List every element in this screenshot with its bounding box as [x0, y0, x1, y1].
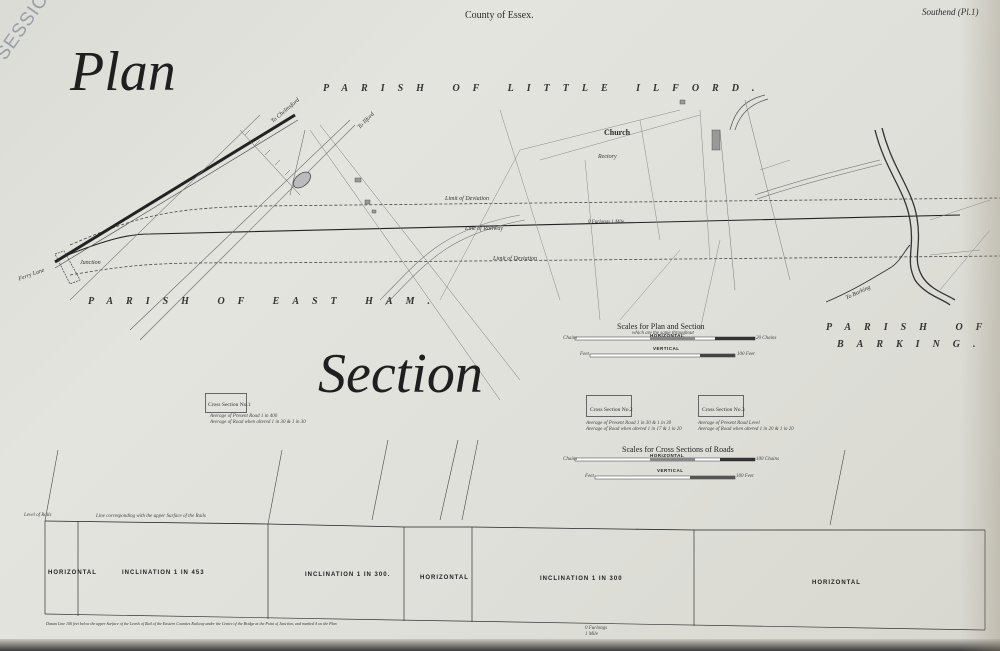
- county-title: County of Essex.: [465, 10, 534, 21]
- parish-east-ham-label: PARISH OF EAST HAM.: [88, 296, 443, 307]
- cross-section-3-label: Cross Section No.3: [702, 407, 745, 413]
- roads-scale-vertical-label: VERTICAL: [657, 468, 684, 473]
- church-label: Church: [604, 128, 630, 137]
- plan-scale-v-right: 100 Feet: [737, 352, 755, 357]
- parish-barking-label-2: BARKING.: [837, 339, 989, 350]
- parish-little-ilford-label: PARISH OF LITTLE ILFORD.: [323, 83, 767, 94]
- parish-barking-label-1: PARISH OF: [826, 322, 995, 333]
- plan-scale-v-left: Feet: [580, 352, 589, 357]
- gradient-4-label: HORIZONTAL: [420, 575, 469, 581]
- roads-scale-h-left: Chains: [563, 457, 577, 462]
- cross-section-1-note2: Average of Road when altered 1 in 30 & 1…: [210, 420, 306, 425]
- gradient-2-label: INCLINATION 1 IN 453: [122, 570, 205, 576]
- cross-section-2-label: Cross Section No.2: [590, 407, 633, 413]
- cross-section-3-note1: Average of Present Road Level: [698, 421, 760, 426]
- distance-marker-label: 0 Furlongs 1 Mile: [588, 220, 624, 225]
- sheet-reference: Southend (Pl.1): [922, 7, 979, 17]
- cross-section-1-label: Cross Section No.1: [208, 402, 251, 408]
- gradient-1-label: HORIZONTAL: [48, 570, 97, 576]
- limit-deviation-north-label: Limit of Deviation: [445, 196, 489, 202]
- cross-section-3-note2: Average of Road when altered 1 in 20 & 1…: [698, 427, 794, 432]
- line-of-railway-label: Line of Railway: [465, 226, 503, 232]
- rectory-label: Rectory: [598, 154, 617, 160]
- gradient-3-label: INCLINATION 1 IN 300.: [305, 572, 390, 578]
- plan-scale-h-left: Chains: [563, 336, 577, 341]
- gradient-5-label: INCLINATION 1 IN 300: [540, 576, 623, 582]
- roads-scale-horizontal-label: HORIZONTAL: [650, 453, 684, 458]
- junction-label: Junction: [80, 260, 101, 266]
- roads-scale-h-right: 100 Chains: [756, 457, 779, 462]
- limit-deviation-south-label: Limit of Deviation: [493, 256, 537, 262]
- plan-title: Plan: [70, 40, 176, 104]
- gradient-6-label: HORIZONTAL: [812, 580, 861, 586]
- map-sheet: SESSION 1852 County of Essex. Southend (…: [0, 0, 1000, 651]
- section-distance-label-1: 0 Furlongs: [585, 626, 607, 631]
- cross-section-2-note2: Average of Road when altered 1 in 17 & 1…: [586, 427, 682, 432]
- section-title: Section: [318, 342, 483, 406]
- cross-section-3-box: [698, 395, 744, 417]
- sheet-bottom-edge: [0, 639, 1000, 651]
- plan-scale-h-right: 20 Chains: [756, 336, 776, 341]
- datum-line-note: Datum Line 100 feet below the upper Surf…: [46, 621, 337, 626]
- cross-section-1-note1: Average of Present Road 1 in 400: [210, 414, 277, 419]
- plan-scale-vertical-label: VERTICAL: [653, 346, 680, 351]
- section-distance-label-2: 1 Mile: [585, 632, 598, 637]
- plan-scale-horizontal-label: HORIZONTAL: [650, 333, 684, 338]
- roads-scale-v-right: 100 Feet: [736, 474, 754, 479]
- plan-scale-title: Scales for Plan and Section: [617, 322, 705, 331]
- cross-section-2-box: [586, 395, 632, 417]
- cross-section-2-note1: Average of Present Road 1 in 30 & 1 in 3…: [586, 421, 671, 426]
- level-of-rails-label: Level of Rails: [24, 513, 52, 518]
- surface-note: Line corresponding with the upper Surfac…: [96, 514, 206, 519]
- roads-scale-v-left: Feet: [585, 474, 594, 479]
